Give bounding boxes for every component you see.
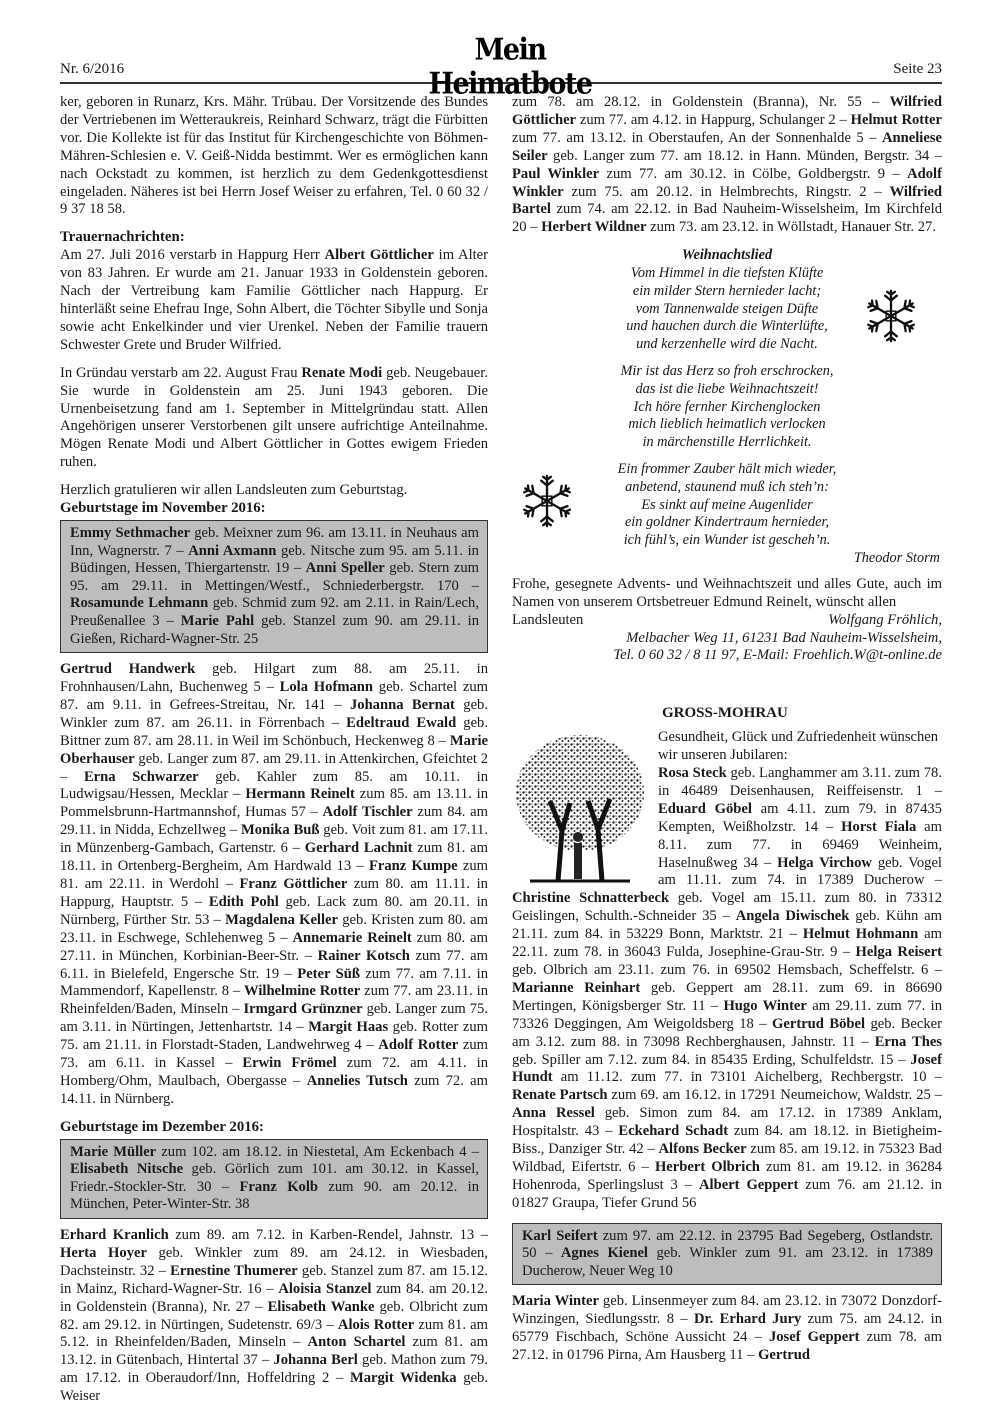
obituary-modi: In Gründau verstarb am 22. August Frau R… (60, 365, 488, 472)
poem-stanza: Ein frommer Zauber hält mich wieder,anbe… (512, 461, 942, 550)
person-name: Marie Oberhauser (60, 733, 488, 767)
poem-author: Theodor Storm (512, 550, 942, 568)
person-name: Lola Hofmann (280, 679, 373, 695)
poem-line: ein goldner Kindertraum hernieder, (512, 514, 942, 532)
person-name: Anneliese Seiler (512, 130, 942, 164)
person-name: Johanna Berl (273, 1352, 357, 1368)
person-name: Renate Partsch (512, 1087, 608, 1103)
person-name: Johanna Bernat (350, 697, 455, 713)
person-name: Marie Pahl (181, 613, 254, 629)
person-name: Gertrud (758, 1347, 810, 1363)
person-name: Rosamunde Lehmann (70, 595, 208, 611)
tree-illustration-icon (510, 731, 650, 883)
signature-contact: Tel. 0 60 32 / 8 11 97, E-Mail: Froehlic… (512, 647, 942, 665)
christmas-poem: Weihnachtslied Vom Himmel in die tiefste… (512, 247, 942, 568)
november-highlight-box: Emmy Sethmacher geb. Meixner zum 96. am … (60, 520, 488, 653)
person-name: Maria Winter (512, 1293, 599, 1309)
person-name: Margit Widenka (350, 1370, 457, 1386)
person-name: Josef Hundt (512, 1052, 942, 1086)
right-column: zum 78. am 28.12. in Goldenstein (Branna… (512, 94, 942, 1375)
person-name: Helmut Rotter (851, 112, 942, 128)
person-name: Hugo Winter (723, 998, 806, 1014)
person-name: Adolf Rotter (378, 1037, 458, 1053)
person-name: Eckehard Schadt (618, 1123, 728, 1139)
person-name: Annelies Tutsch (307, 1073, 408, 1089)
greeting-block: Frohe, gesegnete Advents- und Weihnachts… (512, 576, 942, 666)
congrats-text: Herzlich gratulieren wir allen Landsleut… (60, 482, 488, 500)
poem-line: Mir ist das Herz so froh erschrocken, (512, 363, 942, 381)
greeting-text: Frohe, gesegnete Advents- und Weihnachts… (512, 576, 942, 612)
page-header: Nr. 6/2016 Mein Heimatbote Seite 23 (60, 36, 942, 84)
person-name: Peter Süß (297, 966, 360, 982)
poem-line: in märchenstille Herrlichkeit. (512, 434, 942, 452)
person-name: Elisabeth Nitsche (70, 1161, 183, 1177)
snowflake-icon (518, 472, 576, 530)
person-name: Gertrud Böbel (772, 1016, 865, 1032)
signature-address: Melbacher Weg 11, 61231 Bad Nauheim-Wiss… (512, 630, 942, 648)
gross-mohrau-birthday-list-2: Maria Winter geb. Linsenmeyer zum 84. am… (512, 1293, 942, 1365)
person-name: Paul Winkler (512, 166, 599, 182)
person-name: Rainer Kotsch (318, 948, 410, 964)
person-name: Rosa Steck (658, 765, 727, 781)
person-name: Hermann Reinelt (245, 786, 355, 802)
person-name: Helga Virchow (777, 855, 872, 871)
person-name: Monika Buß (241, 822, 319, 838)
person-name: Albert Geppert (699, 1177, 798, 1193)
obituary-goettlicher: Am 27. Juli 2016 verstarb in Happurg Her… (60, 247, 488, 354)
intro-paragraph: ker, geboren in Runarz, Krs. Mähr. Trüba… (60, 94, 488, 219)
person-name: Franz Kolb (240, 1179, 319, 1195)
person-name: Karl Seifert (522, 1228, 598, 1244)
poem-line: Vom Himmel in die tiefsten Klüfte (512, 265, 942, 283)
person-name: Anni Speller (306, 560, 385, 576)
person-name: Franz Göttlicher (240, 876, 348, 892)
november-heading: Geburtstage im November 2016: (60, 500, 488, 518)
person-name: Josef Geppert (769, 1329, 860, 1345)
person-name: Magdalena Keller (225, 912, 338, 928)
person-name: Erna Schwarzer (84, 769, 199, 785)
poem-line: anbetend, staunend muß ich steh’n: (512, 479, 942, 497)
person-name: Erwin Frömel (242, 1055, 336, 1071)
person-name: Erna Thes (875, 1034, 942, 1050)
poem-line: Es sinkt auf meine Augenlider (512, 497, 942, 515)
person-name: Angela Diwischek (736, 908, 850, 924)
person-name: Franz Kumpe (369, 858, 458, 874)
person-name: Emmy Sethmacher (70, 525, 190, 541)
person-name: Irmgard Grünzner (243, 1001, 362, 1017)
person-name: Wilfried Bartel (512, 184, 942, 218)
person-name: Alfons Becker (659, 1141, 747, 1157)
person-name: Herbert Olbrich (655, 1159, 760, 1175)
mourning-heading: Trauernachrichten: (60, 229, 488, 247)
person-name: Gerhard Lachnit (305, 840, 413, 856)
person-name: Erhard Kranlich (60, 1227, 169, 1243)
page-number: Seite 23 (893, 61, 942, 78)
poem-line: ich fühl’s, ein Wunder ist gescheh’n. (512, 532, 942, 550)
signature-name: Wolfgang Fröhlich, (828, 612, 942, 630)
snowflake-icon (862, 287, 920, 345)
person-name: Elisabeth Wanke (268, 1299, 375, 1315)
person-name: Helmut Hohmann (803, 926, 918, 942)
poem-stanza: Mir ist das Herz so froh erschrocken,das… (512, 363, 942, 452)
person-name: Margit Haas (308, 1019, 388, 1035)
greeting-recipients: Landsleuten (512, 612, 583, 630)
poem-title: Weihnachtslied (512, 247, 942, 265)
person-name: Adolf Tischler (323, 804, 413, 820)
person-name: Anni Axmann (188, 543, 276, 559)
person-name: Herbert Wildner (541, 219, 646, 235)
person-name: Ernestine Thumerer (170, 1263, 298, 1279)
left-column: ker, geboren in Runarz, Krs. Mähr. Trüba… (60, 94, 488, 1412)
section-title-gross-mohrau: GROSS-MOHRAU (662, 705, 942, 723)
person-name: Edith Pohl (209, 894, 279, 910)
issue-number: Nr. 6/2016 (60, 61, 124, 78)
person-name: Gertrud Handwerk (60, 661, 195, 677)
masthead-logo: Mein Heimatbote (420, 33, 600, 101)
person-name: Anton Schartel (308, 1334, 406, 1350)
person-name: Dr. Erhard Jury (694, 1311, 801, 1327)
poem-line: Ein frommer Zauber hält mich wieder, (512, 461, 942, 479)
person-name: Marianne Reinhart (512, 980, 640, 996)
poem-line: Ich höre fernher Kirchenglocken (512, 399, 942, 417)
person-name: Marie Müller (70, 1144, 156, 1160)
december-list-continued: zum 78. am 28.12. in Goldenstein (Branna… (512, 94, 942, 237)
person-name: Horst Fiala (841, 819, 916, 835)
november-birthday-list: Gertrud Handwerk geb. Hilgart zum 88. am… (60, 661, 488, 1109)
person-name: Anna Ressel (512, 1105, 595, 1121)
person-name: Aloisia Stanzel (278, 1281, 371, 1297)
person-name: Herta Hoyer (60, 1245, 147, 1261)
gross-mohrau-highlight-box: Karl Seifert zum 97. am 22.12. in 23795 … (512, 1223, 942, 1286)
person-name: Annemarie Reinelt (292, 930, 411, 946)
poem-line: mich lieblich heimatlich verlocken (512, 416, 942, 434)
december-heading: Geburtstage im Dezember 2016: (60, 1119, 488, 1137)
person-name: Helga Reisert (856, 944, 942, 960)
poem-line: das ist die liebe Weihnachtszeit! (512, 381, 942, 399)
person-name: Wilhelmine Rotter (244, 983, 360, 999)
person-name: Eduard Göbel (658, 801, 752, 817)
december-highlight-box: Marie Müller zum 102. am 18.12. in Niest… (60, 1139, 488, 1219)
person-name: Edeltraud Ewald (346, 715, 456, 731)
person-name: Christine Schnatterbeck (512, 890, 669, 906)
person-name: Agnes Kienel (561, 1245, 648, 1261)
person-name: Alois Rotter (338, 1317, 414, 1333)
december-birthday-list: Erhard Kranlich zum 89. am 7.12. in Karb… (60, 1227, 488, 1406)
